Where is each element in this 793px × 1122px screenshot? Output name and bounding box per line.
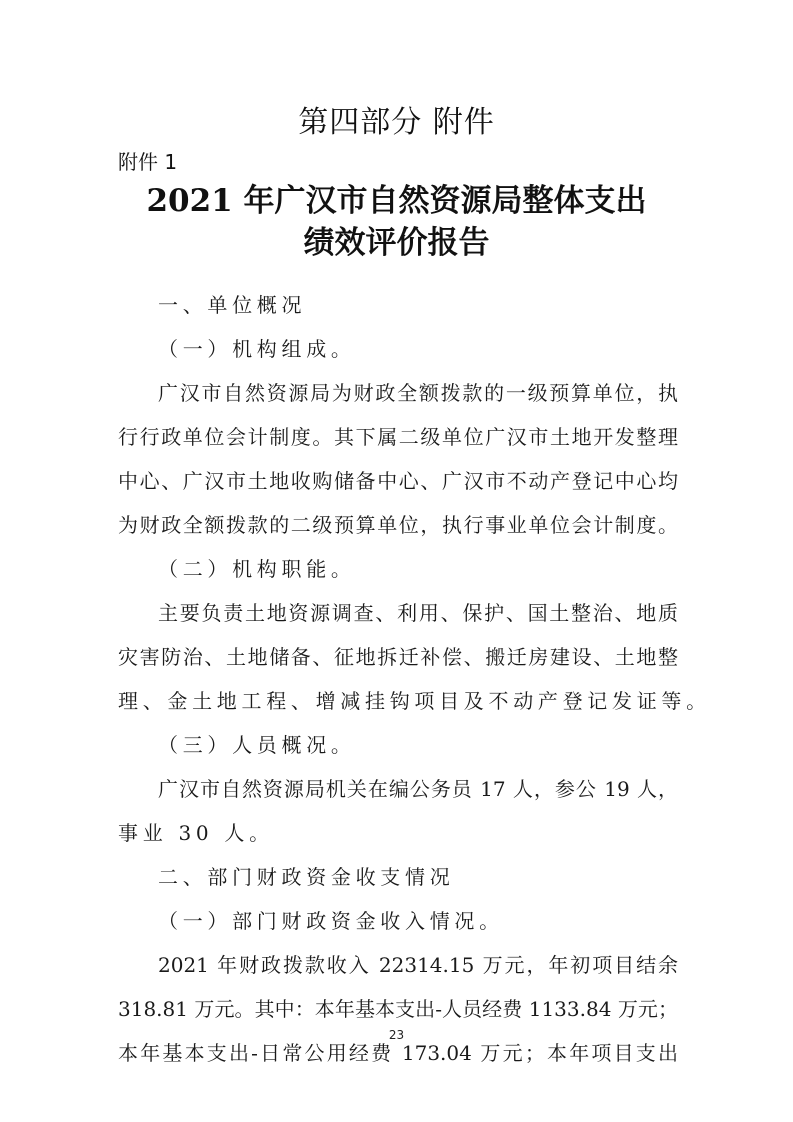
paragraph-line: 318.81 万元。其中：本年基本支出-人员经费 1133.84 万元；: [118, 987, 678, 1031]
section-heading-unit-overview: 一、单位概况: [118, 283, 678, 327]
paragraph-line: 广汉市自然资源局为财政全额拨款的一级预算单位，执: [118, 371, 678, 415]
paragraph-line: 行行政单位会计制度。其下属二级单位广汉市土地开发整理: [118, 415, 678, 459]
paragraph-line: 为财政全额拨款的二级预算单位，执行事业单位会计制度。: [118, 503, 678, 547]
subheading-functions: （二）机构职能。: [118, 547, 678, 591]
paragraph-line: 2021 年财政拨款收入 22314.15 万元，年初项目结余: [118, 943, 678, 987]
paragraph-line: 广汉市自然资源局机关在编公务员 17 人，参公 19 人，: [118, 767, 678, 811]
paragraph-line: 事业 30 人。: [118, 811, 678, 855]
attachment-label: 附件 1: [118, 146, 177, 175]
paragraph-line: 理、金土地工程、增减挂钩项目及不动产登记发证等。: [118, 679, 678, 723]
subheading-organization: （一）机构组成。: [118, 327, 678, 371]
subheading-income: （一）部门财政资金收入情况。: [118, 899, 678, 943]
paragraph-line: 中心、广汉市土地收购储备中心、广汉市不动产登记中心均: [118, 459, 678, 503]
part-title: 第四部分 附件: [0, 97, 793, 141]
subheading-personnel: （三）人员概况。: [118, 723, 678, 767]
page-number: 23: [0, 1028, 793, 1042]
report-title-line-2: 绩效评价报告: [0, 222, 793, 264]
paragraph-line: 主要负责土地资源调查、利用、保护、国土整治、地质: [118, 591, 678, 635]
report-title: 2021 年广汉市自然资源局整体支出 绩效评价报告: [0, 180, 793, 264]
section-heading-finance: 二、部门财政资金收支情况: [118, 855, 678, 899]
paragraph-line: 灾害防治、土地储备、征地拆迁补偿、搬迁房建设、土地整: [118, 635, 678, 679]
document-page: 第四部分 附件 附件 1 2021 年广汉市自然资源局整体支出 绩效评价报告 一…: [0, 0, 793, 1122]
report-title-line-1: 2021 年广汉市自然资源局整体支出: [0, 180, 793, 222]
body-text: 一、单位概况 （一）机构组成。 广汉市自然资源局为财政全额拨款的一级预算单位，执…: [118, 283, 678, 1075]
